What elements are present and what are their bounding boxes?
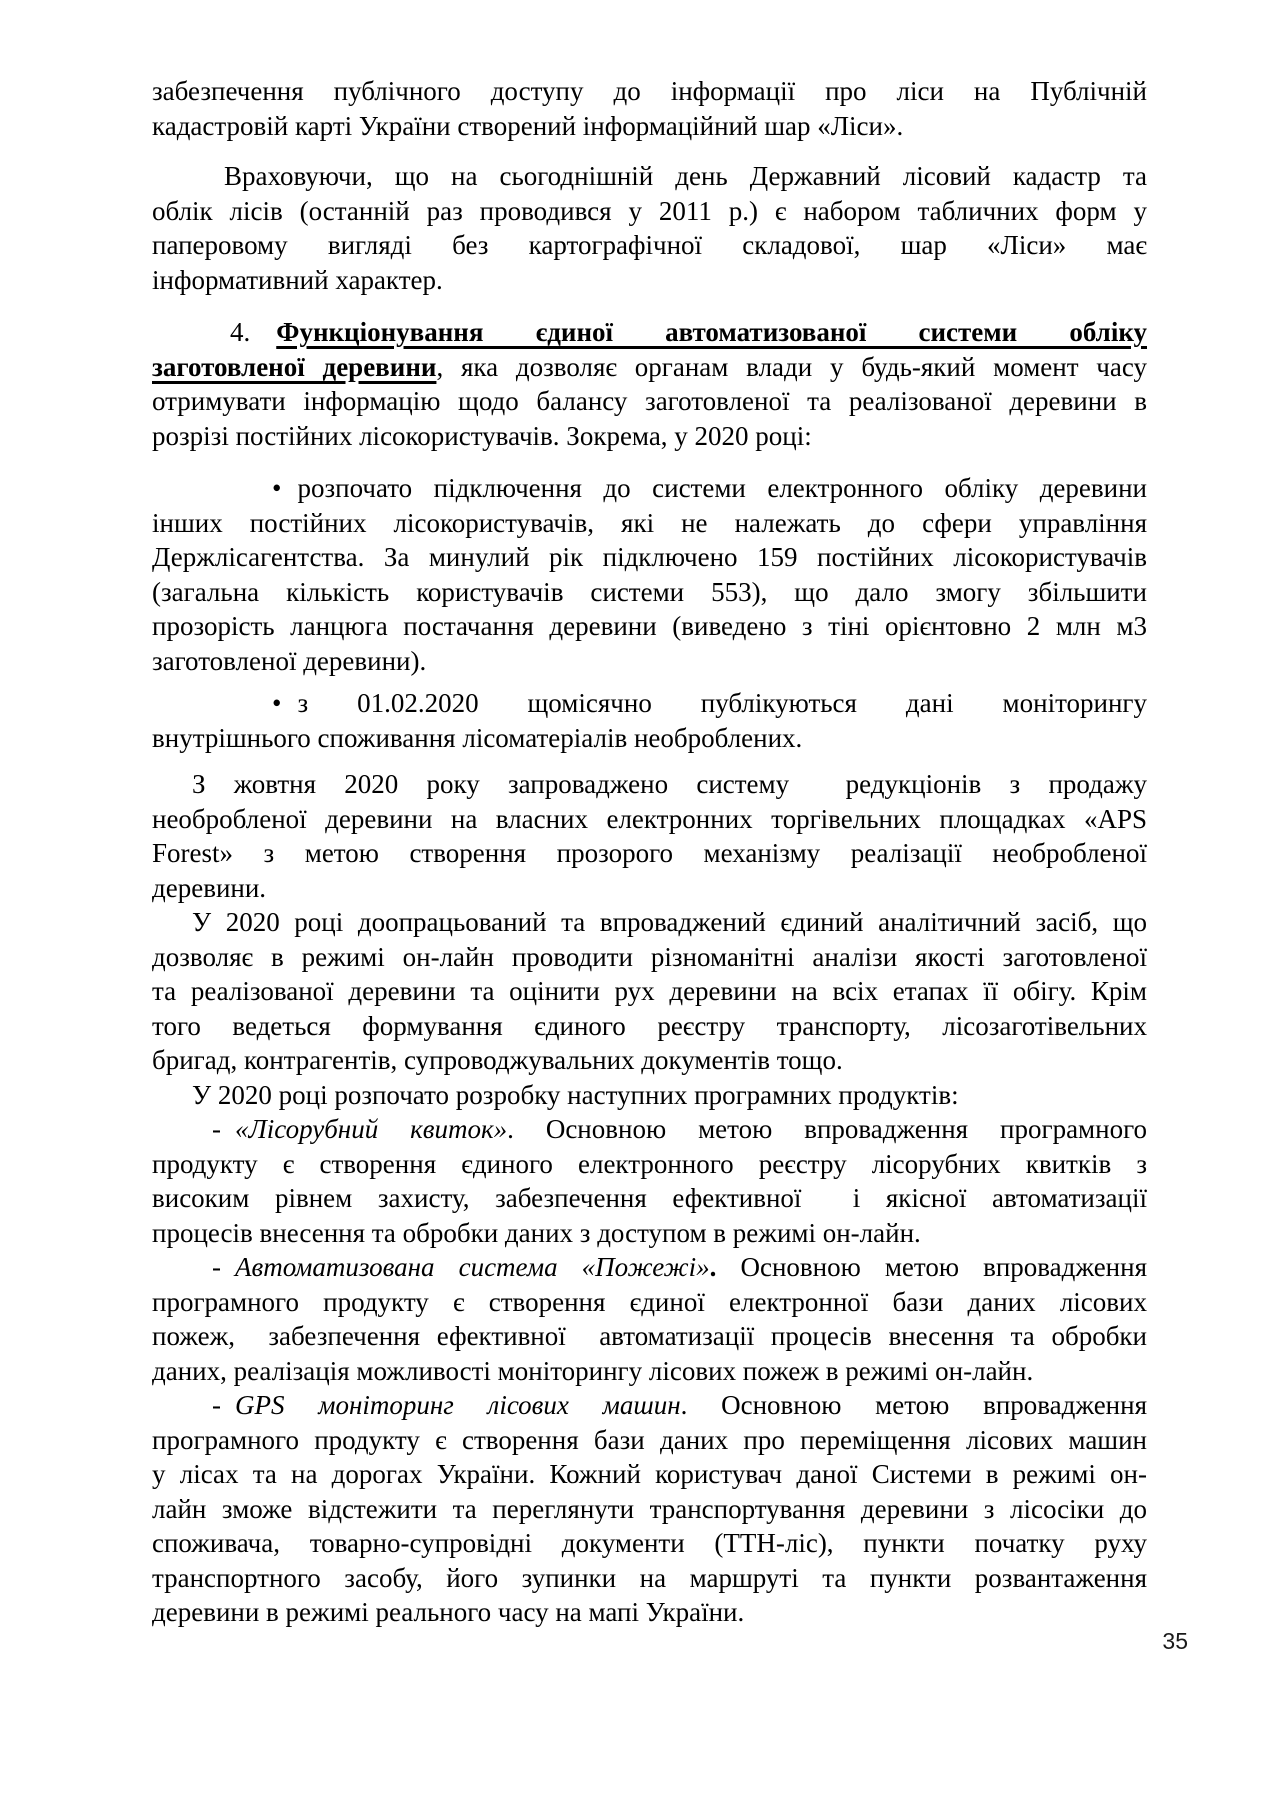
text-line: забезпечення публічного доступу до інфор…: [152, 74, 1147, 109]
text-run: У 2020 році доопрацьований та впроваджен…: [192, 907, 1147, 937]
text-line: транспортного засобу, його зупинки на ма…: [152, 1561, 1147, 1596]
text-run: . Основною метою впровадження програмног…: [507, 1114, 1147, 1144]
bullet-monitoring: •з 01.02.2020 щомісячно публікуються дан…: [152, 686, 1147, 755]
text-run: пожеж, забезпечення ефективної автоматиз…: [152, 1321, 1147, 1351]
item-gps-monitoring: -GPS моніторинг лісових машин. Основною …: [152, 1388, 1147, 1630]
text-run: лайн зможе відстежити та переглянути тра…: [152, 1494, 1147, 1524]
text-run: програмного продукту є створення єдиної …: [152, 1287, 1147, 1317]
text-run: GPS моніторинг лісових машин: [235, 1390, 681, 1420]
text-line: високим рівнем захисту, забезпечення ефе…: [152, 1181, 1147, 1216]
document-body: забезпечення публічного доступу до інфор…: [152, 74, 1147, 1630]
text-run: деревини в режимі реального часу на мапі…: [152, 1597, 744, 1627]
text-run: розпочато підключення до системи електро…: [297, 473, 1147, 503]
text-line: облік лісів (останній раз проводився у 2…: [152, 194, 1147, 229]
text-run: інформативний характер.: [152, 265, 443, 295]
text-line: Держлісагентства. За минулий рік підключ…: [152, 540, 1147, 575]
text-line: Forest» з метою створення прозорого меха…: [152, 836, 1147, 871]
text-run: у лісах та на дорогах України. Кожний ко…: [152, 1459, 1147, 1489]
text-line: бригад, контрагентів, супроводжувальних …: [152, 1043, 1147, 1078]
text-run: високим рівнем захисту, забезпечення ефе…: [152, 1183, 1147, 1213]
page-number: 35: [1162, 1628, 1188, 1655]
text-line: дозволяє в режимі он-лайн проводити різн…: [152, 940, 1147, 975]
text-run: бригад, контрагентів, супроводжувальних …: [152, 1045, 843, 1075]
item-logging-ticket: -«Лісорубний квиток». Основною метою впр…: [152, 1112, 1147, 1250]
text-line: паперовому вигляді без картографічної ск…: [152, 228, 1147, 263]
document-page: забезпечення публічного доступу до інфор…: [0, 0, 1280, 1810]
text-line: пожеж, забезпечення ефективної автоматиз…: [152, 1319, 1147, 1354]
text-run: необробленої деревини на власних електро…: [152, 804, 1147, 834]
paragraph-heading-4: 4.Функціонування єдиної автоматизованої …: [152, 315, 1147, 453]
text-line: того ведеться формування єдиного реєстру…: [152, 1009, 1147, 1044]
text-run: Держлісагентства. За минулий рік підключ…: [152, 542, 1147, 572]
text-run: отримувати інформацію щодо балансу загот…: [152, 386, 1147, 416]
text-line: споживача, товарно-супровідні документи …: [152, 1526, 1147, 1561]
text-run: Враховуючи, що на сьогоднішній день Держ…: [224, 161, 1147, 191]
text-run: •: [272, 473, 297, 503]
bullet-connection: •розпочато підключення до системи електр…: [152, 471, 1147, 678]
paragraph-products-intro: У 2020 році розпочато розробку наступних…: [152, 1078, 1147, 1113]
text-line: деревини в режимі реального часу на мапі…: [152, 1595, 1147, 1630]
text-line: заготовленої деревини, яка дозволяє орга…: [152, 350, 1147, 385]
text-line: програмного продукту є створення єдиної …: [152, 1285, 1147, 1320]
text-run: облік лісів (останній раз проводився у 2…: [152, 196, 1147, 226]
text-line: процесів внесення та обробки даних з дос…: [152, 1216, 1147, 1251]
text-line: програмного продукту є створення бази да…: [152, 1423, 1147, 1458]
paragraph-analytics: У 2020 році доопрацьований та впроваджен…: [152, 905, 1147, 1078]
text-line: заготовленої деревини).: [152, 644, 1147, 679]
paragraph-public-access: забезпечення публічного доступу до інфор…: [152, 74, 1147, 143]
text-line: у лісах та на дорогах України. Кожний ко…: [152, 1457, 1147, 1492]
text-line: прозорість ланцюга постачання деревини (…: [152, 609, 1147, 644]
text-run: прозорість ланцюга постачання деревини (…: [152, 611, 1147, 641]
text-line: У 2020 році розпочато розробку наступних…: [152, 1078, 1147, 1113]
text-run: процесів внесення та обробки даних з дос…: [152, 1218, 921, 1248]
paragraph-cadastre: Враховуючи, що на сьогоднішній день Держ…: [152, 159, 1147, 297]
text-line: отримувати інформацію щодо балансу загот…: [152, 384, 1147, 419]
paragraph-auctions: З жовтня 2020 року запроваджено систему …: [152, 767, 1147, 905]
text-line: внутрішнього споживання лісоматеріалів н…: [152, 721, 1147, 756]
text-run: дозволяє в режимі он-лайн проводити різн…: [152, 942, 1147, 972]
text-line: інформативний характер.: [152, 263, 1147, 298]
text-run: розрізі постійних лісокористувачів. Зокр…: [152, 421, 812, 451]
text-line: У 2020 році доопрацьований та впроваджен…: [152, 905, 1147, 940]
text-line: та реалізованої деревини та оцінити рух …: [152, 974, 1147, 1009]
text-run: споживача, товарно-супровідні документи …: [152, 1528, 1147, 1558]
text-run: У 2020 році розпочато розробку наступних…: [192, 1080, 959, 1110]
text-run: З жовтня 2020 року запроваджено систему …: [192, 769, 1147, 799]
text-run: (загальна кількість користувачів системи…: [152, 577, 1147, 607]
text-line: Враховуючи, що на сьогоднішній день Держ…: [152, 159, 1147, 194]
text-run: Функціонування єдиної автоматизованої си…: [276, 317, 1147, 347]
text-line: інших постійних лісокористувачів, які не…: [152, 506, 1147, 541]
text-line: З жовтня 2020 року запроваджено систему …: [152, 767, 1147, 802]
text-run: кадастровій карті України створений інфо…: [152, 111, 903, 141]
text-run: внутрішнього споживання лісоматеріалів н…: [152, 723, 802, 753]
text-line: лайн зможе відстежити та переглянути тра…: [152, 1492, 1147, 1527]
text-run: деревини.: [152, 873, 266, 903]
text-run: транспортного засобу, його зупинки на ма…: [152, 1563, 1147, 1593]
text-run: заготовленої деревини: [152, 352, 436, 382]
text-run: того ведеться формування єдиного реєстру…: [152, 1011, 1147, 1041]
text-line: -«Лісорубний квиток». Основною метою впр…: [152, 1112, 1147, 1147]
text-line: деревини.: [152, 871, 1147, 906]
text-run: -: [212, 1252, 235, 1282]
text-run: Forest» з метою створення прозорого меха…: [152, 838, 1147, 868]
text-run: Автоматизована система «Пожежі»: [235, 1252, 710, 1282]
text-line: необробленої деревини на власних електро…: [152, 802, 1147, 837]
text-run: «Лісорубний квиток»: [235, 1114, 507, 1144]
text-line: 4.Функціонування єдиної автоматизованої …: [152, 315, 1147, 350]
text-line: -Автоматизована система «Пожежі». Основн…: [152, 1250, 1147, 1285]
text-line: -GPS моніторинг лісових машин. Основною …: [152, 1388, 1147, 1423]
text-run: Основною метою впровадження: [716, 1252, 1147, 1282]
text-run: -: [212, 1390, 235, 1420]
text-line: •розпочато підключення до системи електр…: [152, 471, 1147, 506]
text-line: розрізі постійних лісокористувачів. Зокр…: [152, 419, 1147, 454]
text-line: продукту є створення єдиного електронног…: [152, 1147, 1147, 1182]
text-line: (загальна кількість користувачів системи…: [152, 575, 1147, 610]
item-fires-system: -Автоматизована система «Пожежі». Основн…: [152, 1250, 1147, 1388]
text-run: . Основною метою впровадження: [681, 1390, 1147, 1420]
text-run: 4.: [230, 317, 276, 347]
text-line: кадастровій карті України створений інфо…: [152, 109, 1147, 144]
text-line: даних, реалізація можливості моніторингу…: [152, 1354, 1147, 1389]
text-run: та реалізованої деревини та оцінити рух …: [152, 976, 1147, 1006]
text-run: даних, реалізація можливості моніторингу…: [152, 1356, 1033, 1386]
text-run: •: [272, 688, 297, 718]
text-run: забезпечення публічного доступу до інфор…: [152, 76, 1147, 106]
text-run: продукту є створення єдиного електронног…: [152, 1149, 1147, 1179]
text-run: паперовому вигляді без картографічної ск…: [152, 230, 1147, 260]
text-run: інших постійних лісокористувачів, які не…: [152, 508, 1147, 538]
text-run: -: [212, 1114, 235, 1144]
text-run: програмного продукту є створення бази да…: [152, 1425, 1147, 1455]
text-line: •з 01.02.2020 щомісячно публікуються дан…: [152, 686, 1147, 721]
text-run: з 01.02.2020 щомісячно публікуються дані…: [297, 688, 1147, 718]
text-run: заготовленої деревини).: [152, 646, 426, 676]
text-run: , яка дозволяє органам влади у будь-який…: [436, 352, 1147, 382]
